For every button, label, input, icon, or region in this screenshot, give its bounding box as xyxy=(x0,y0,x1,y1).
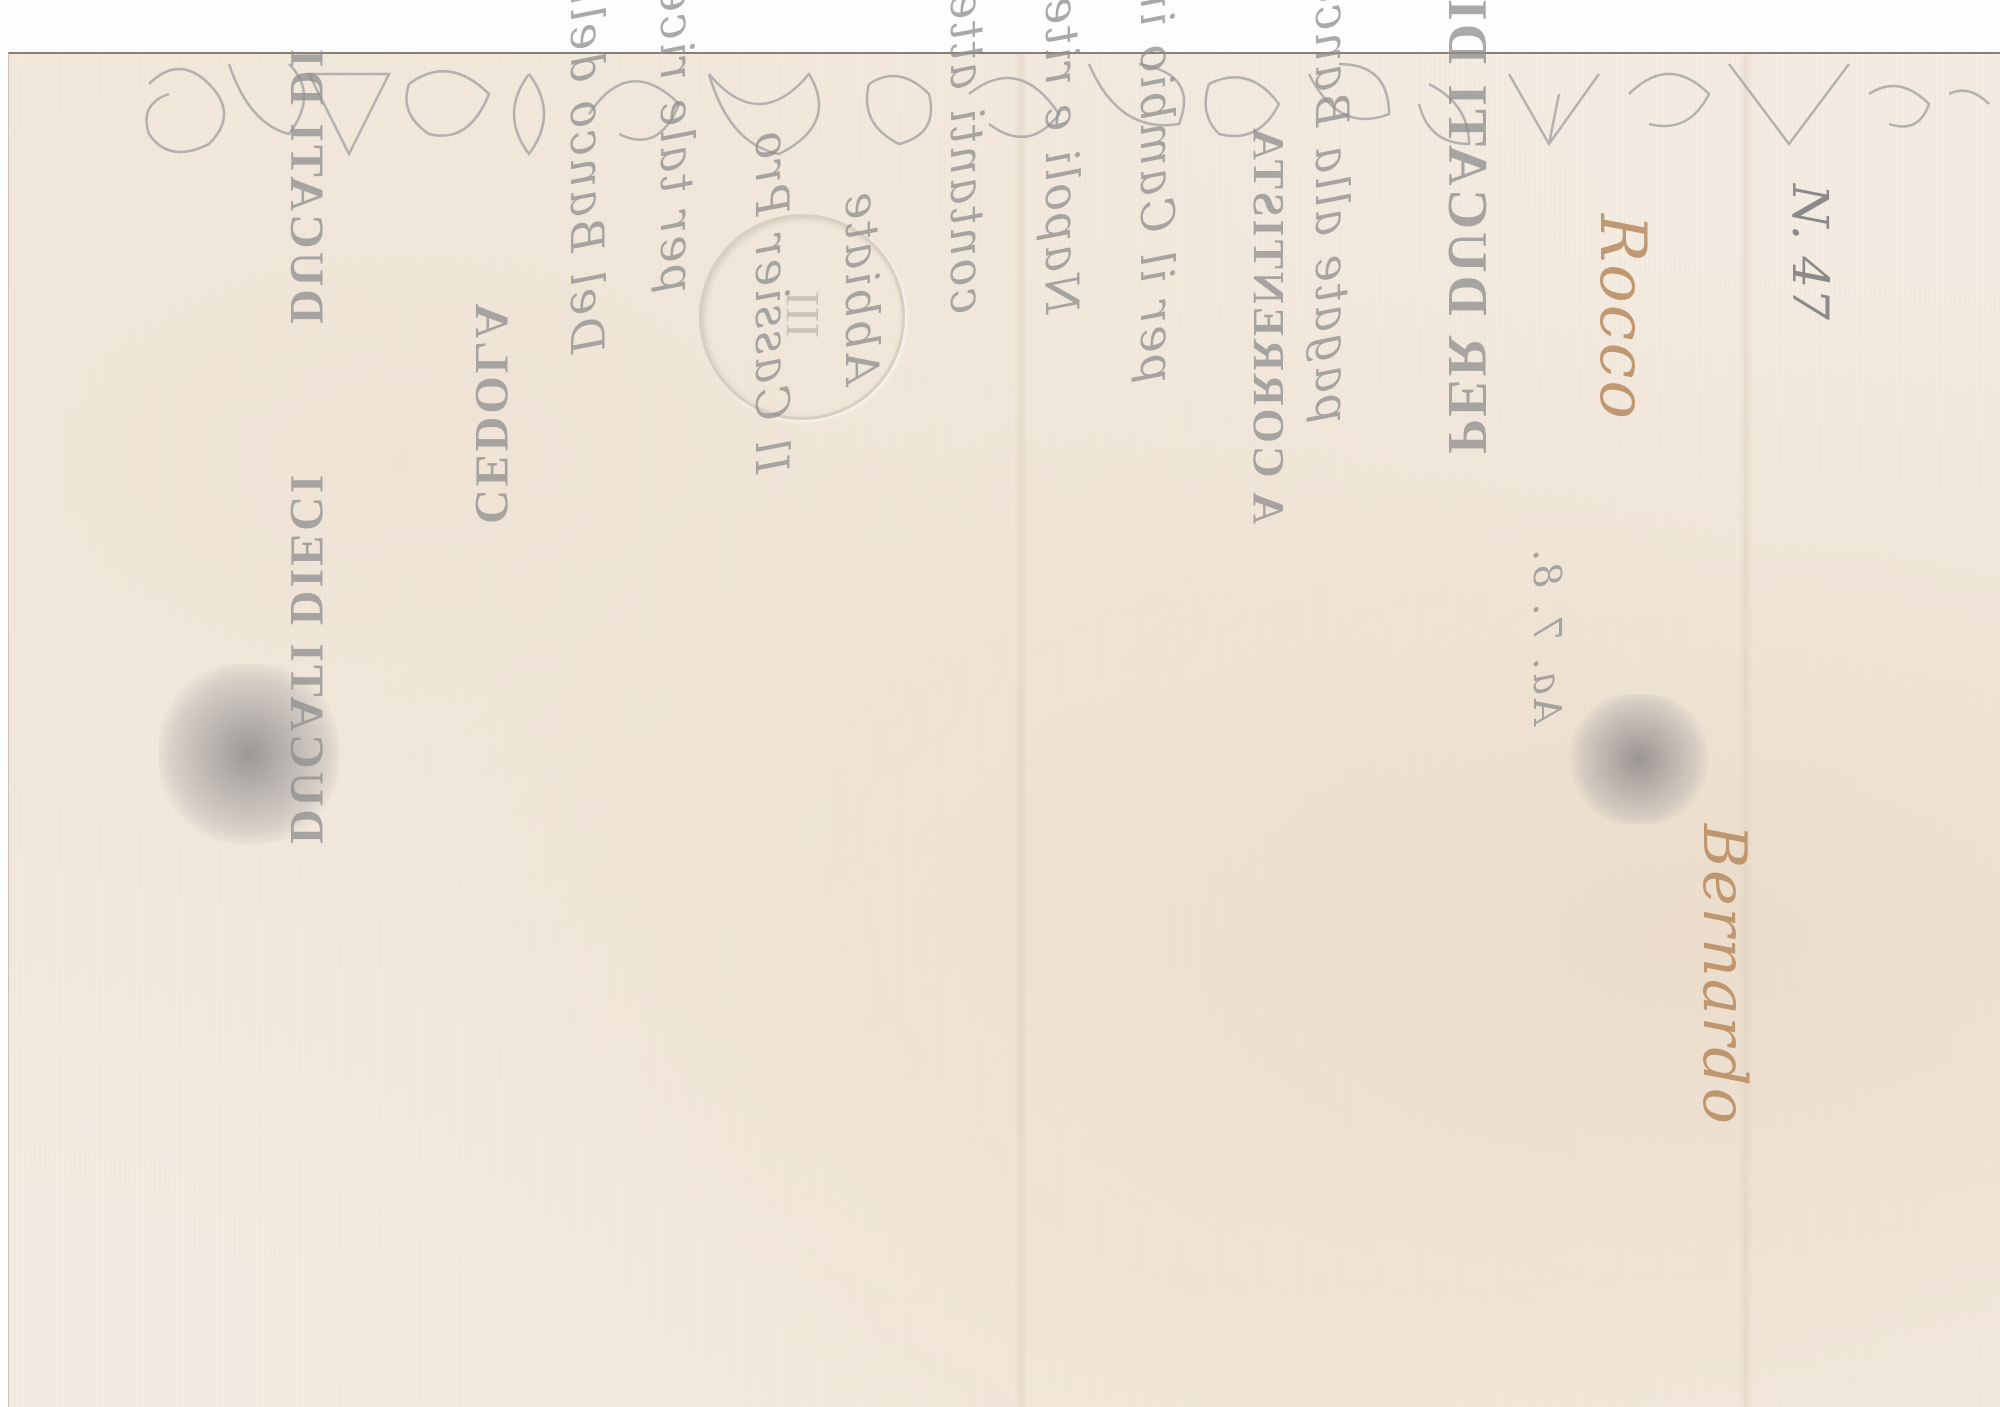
handwritten-signature-top: Rocco xyxy=(1585,214,1659,421)
pencil-mark: N. 47 xyxy=(1781,184,1839,320)
handwritten-signature-right: Bernardo xyxy=(1689,824,1759,1126)
text-line: Abbiate xyxy=(835,190,889,384)
text-line: Del Banco delle S. Nazario xyxy=(560,0,614,354)
text-line: contanti attenenti xyxy=(940,0,994,314)
fold-line xyxy=(1739,54,1753,1407)
date-fragment: Aa. 7. 8. xyxy=(1525,547,1569,724)
text-line: Napoli e ritenute di Stato xyxy=(1035,0,1089,314)
heading-per-ducati-dieci: PER DUCATI DIECI xyxy=(1435,0,1499,454)
coat-of-arms-stamp xyxy=(1569,694,1709,824)
left-heading-top: DUCATI DI xyxy=(279,46,334,324)
text-line: Il Cassier Pro xyxy=(745,129,799,474)
text-line: pagate alla Banca di Corte xyxy=(1305,0,1359,424)
text-line: per tale ricevuto come sopra xyxy=(650,0,704,294)
left-heading-bottom: DUCATI DIECI xyxy=(279,472,334,845)
text-line: per il Cambio in Doppie xyxy=(1130,0,1184,384)
cedola-label: CEDOLA xyxy=(464,301,519,524)
fold-line xyxy=(1014,54,1028,1407)
text-line: A CORRENTISTA xyxy=(1243,125,1294,524)
document-paper: III PER DUCATI DIECI pagate alla Banca d… xyxy=(8,52,2000,1407)
